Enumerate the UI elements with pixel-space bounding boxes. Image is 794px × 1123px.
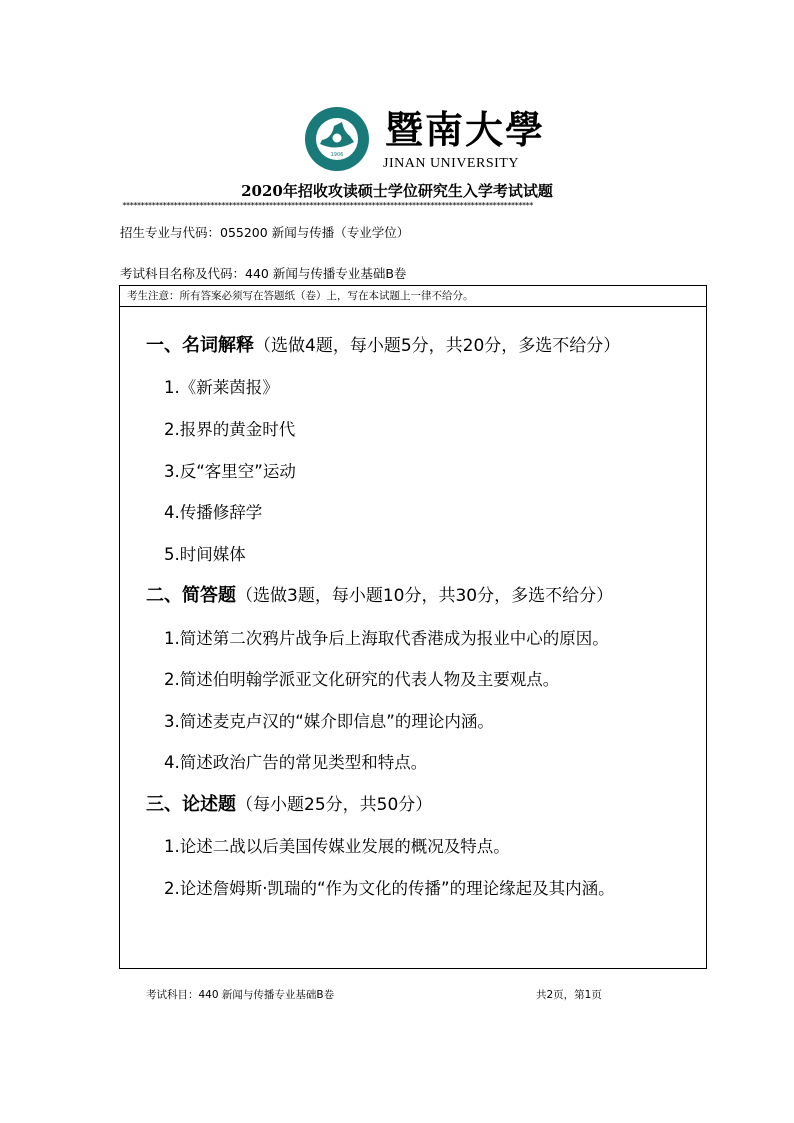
university-name-en: JINAN UNIVERSITY: [383, 156, 519, 172]
section-title: 二、简答题: [146, 585, 236, 606]
subject-code: 考试科目名称及代码：440 新闻与传播专业基础B卷: [120, 264, 406, 282]
question-item: 2.报界的黄金时代: [164, 416, 295, 440]
section-title: 三、论述题: [146, 794, 236, 815]
question-item: 4.简述政治广告的常见类型和特点。: [164, 749, 427, 773]
footer-page-count: 共2页，第1页: [536, 987, 602, 1002]
question-item: 4.传播修辞学: [164, 499, 262, 523]
candidate-notice: 考生注意：所有答案必须写在答题纸（卷）上，写在本试题上一律不给分。: [120, 286, 706, 307]
question-item: 3.反“客里空”运动: [164, 458, 296, 482]
section-note: （每小题25分，共50分）: [236, 795, 432, 815]
question-item: 1.论述二战以后美国传媒业发展的概况及特点。: [164, 833, 510, 857]
question-item: 5.时间媒体: [164, 541, 246, 565]
section-note: （选做4题，每小题5分，共20分，多选不给分）: [254, 336, 620, 356]
question-item: 2.简述伯明翰学派亚文化研究的代表人物及主要观点。: [164, 666, 559, 690]
footer-subject: 考试科目：440 新闻与传播专业基础B卷: [146, 987, 334, 1002]
svg-text:1906: 1906: [331, 152, 344, 158]
university-seal-logo: 1906: [304, 106, 370, 172]
section-note: （选做3题，每小题10分，共30分，多选不给分）: [236, 586, 613, 606]
section-title: 一、名词解释: [146, 335, 254, 356]
section-heading-1: 一、名词解释（选做4题，每小题5分，共20分，多选不给分）: [146, 331, 620, 357]
section-heading-3: 三、论述题（每小题25分，共50分）: [146, 790, 432, 816]
question-item: 1.简述第二次鸦片战争后上海取代香港成为报业中心的原因。: [164, 625, 609, 649]
question-item: 1.《新莱茵报》: [164, 374, 279, 398]
university-name-cn: 暨南大學: [385, 108, 545, 152]
star-divider: ****************************************…: [122, 202, 708, 210]
question-item: 3.简述麦克卢汉的“媒介即信息”的理论内涵。: [164, 708, 494, 732]
major-code: 招生专业与代码：055200 新闻与传播（专业学位）: [120, 223, 409, 241]
exam-title: 2020年招收攻读硕士学位研究生入学考试试题: [0, 180, 794, 201]
section-heading-2: 二、简答题（选做3题，每小题10分，共30分，多选不给分）: [146, 581, 613, 607]
question-box: 考生注意：所有答案必须写在答题纸（卷）上，写在本试题上一律不给分。 一、名词解释…: [119, 285, 707, 969]
question-item: 2.论述詹姆斯·凯瑞的“作为文化的传播”的理论缘起及其内涵。: [164, 875, 615, 899]
